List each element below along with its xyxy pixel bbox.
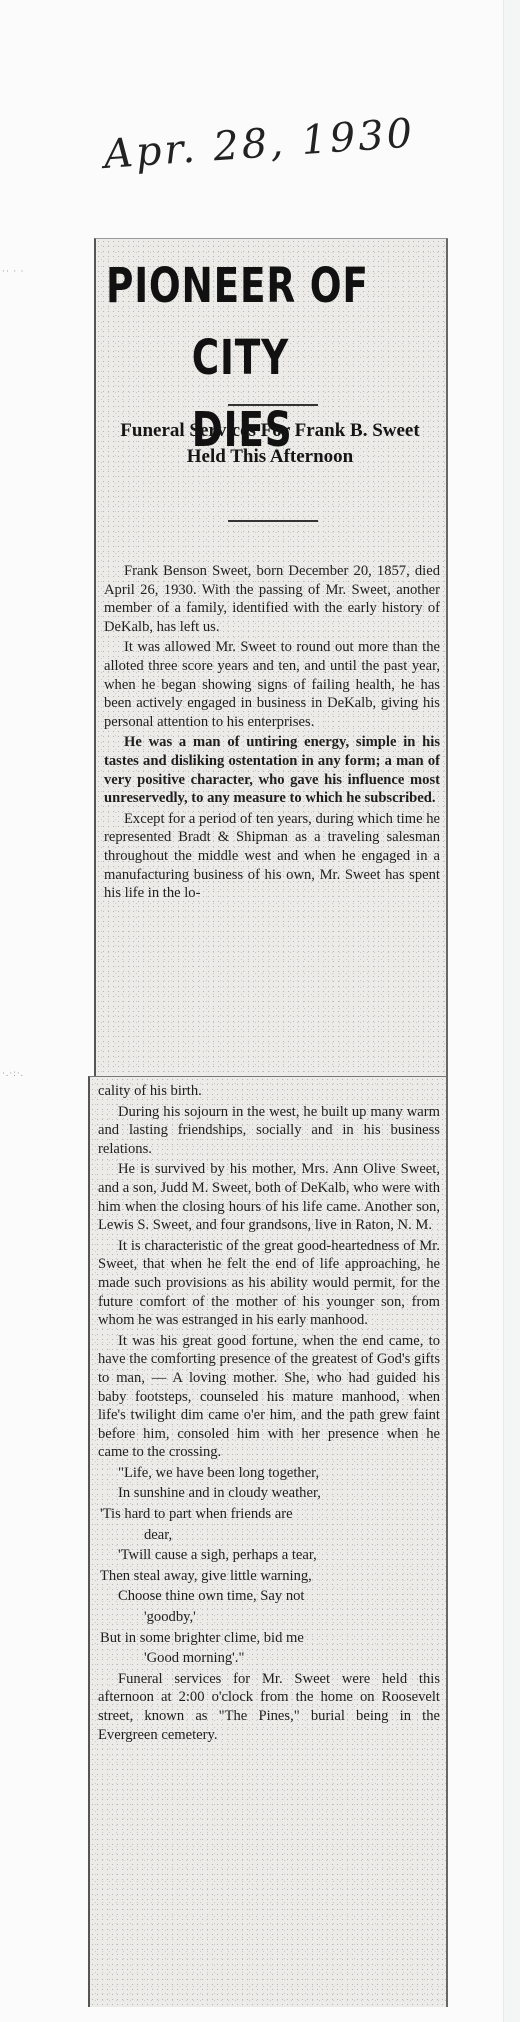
poem-line: 'Twill cause a sigh, perhaps a tear, bbox=[98, 1546, 440, 1565]
poem-line: Then steal away, give little warning, bbox=[98, 1567, 440, 1586]
paragraph: Frank Benson Sweet, born December 20, 18… bbox=[104, 562, 440, 636]
article-body-upper: Frank Benson Sweet, born December 20, 18… bbox=[104, 562, 440, 905]
poem-line: 'Tis hard to part when friends are bbox=[98, 1505, 440, 1524]
scan-edge bbox=[503, 0, 520, 2022]
poem: "Life, we have been long together, In su… bbox=[98, 1464, 440, 1668]
divider-rule bbox=[228, 404, 318, 406]
paragraph: It is characteristic of the great good-h… bbox=[98, 1237, 440, 1330]
poem-line: dear, bbox=[98, 1526, 440, 1545]
subheadline: Funeral Services For Frank B. Sweet Held… bbox=[100, 418, 440, 470]
headline-line-1: PIONEER OF bbox=[106, 250, 371, 322]
article-body-lower: cality of his birth. During his sojourn … bbox=[98, 1082, 440, 1746]
paragraph: He is survived by his mother, Mrs. Ann O… bbox=[98, 1160, 440, 1234]
poem-line: But in some brighter clime, bid me bbox=[98, 1629, 440, 1648]
handwritten-date: Apr. 28, 1930 bbox=[102, 110, 416, 178]
paragraph: It was allowed Mr. Sweet to round out mo… bbox=[104, 638, 440, 731]
poem-line: In sunshine and in cloudy weather, bbox=[98, 1484, 440, 1503]
poem-line: "Life, we have been long together, bbox=[98, 1464, 440, 1483]
paragraph: Except for a period of ten years, during… bbox=[104, 810, 440, 903]
poem-line: 'goodby,' bbox=[98, 1608, 440, 1627]
paragraph: During his sojourn in the west, he built… bbox=[98, 1103, 440, 1159]
paragraph: It was his great good fortune, when the … bbox=[98, 1332, 440, 1462]
closing-paragraph: Funeral services for Mr. Sweet were held… bbox=[98, 1670, 440, 1744]
divider-rule bbox=[228, 520, 318, 522]
paragraph: cality of his birth. bbox=[98, 1082, 440, 1101]
poem-line: 'Good morning'." bbox=[98, 1649, 440, 1668]
margin-mark: ·· · · bbox=[2, 266, 25, 276]
poem-line: Choose thine own time, Say not bbox=[98, 1587, 440, 1606]
paragraph: He was a man of untiring energy, simple … bbox=[104, 733, 440, 807]
margin-mark: ·.·:·. bbox=[2, 1068, 24, 1078]
